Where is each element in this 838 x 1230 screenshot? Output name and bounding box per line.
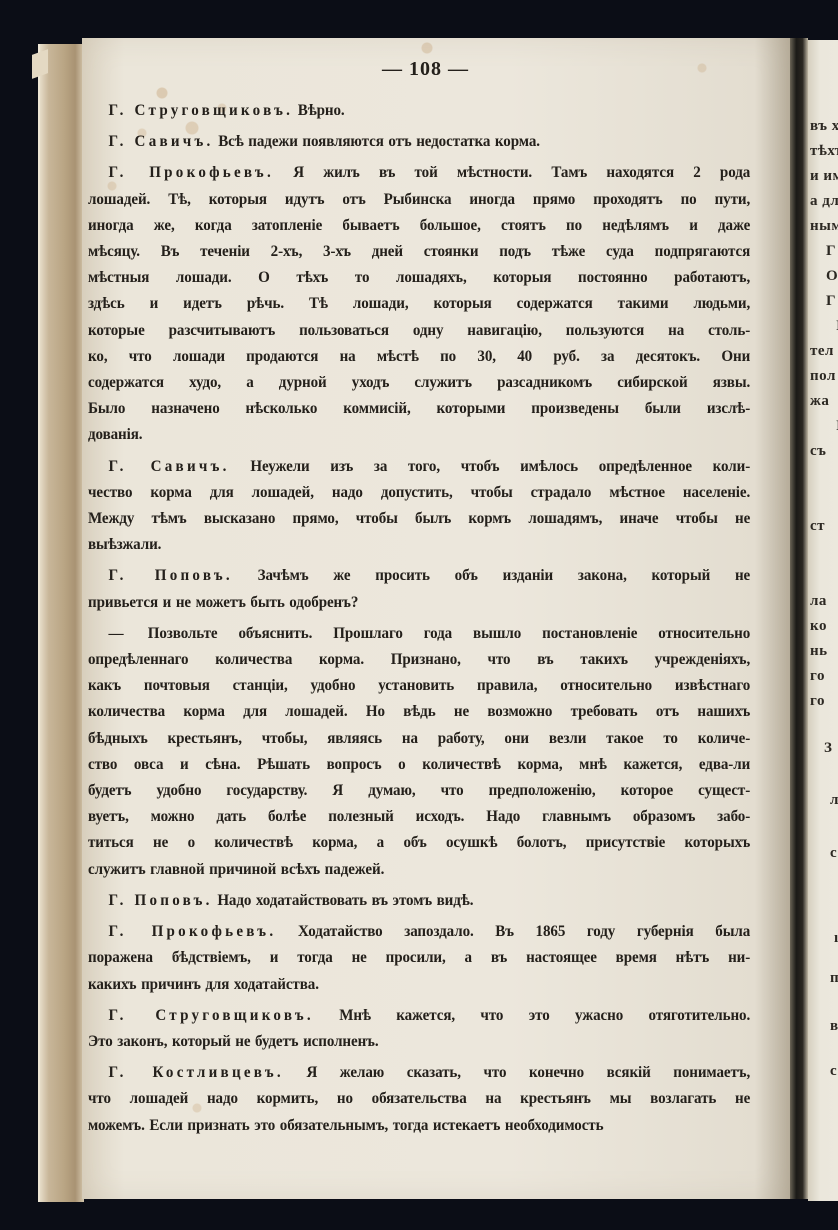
line-text: лошадей. Тѣ, которыя идутъ отъ Рыбинска … — [88, 190, 750, 208]
adjacent-page-fragment: тел — [810, 343, 834, 360]
text-line: лошадей. Тѣ, которыя идутъ отъ Рыбинска … — [88, 186, 750, 212]
text-line: ко, что лошади продаются на мѣстѣ по 30,… — [88, 343, 750, 369]
text-line: дованія. — [88, 421, 750, 447]
adjacent-page-fragment: с — [830, 1063, 837, 1080]
adjacent-page-fragment: Г — [826, 243, 836, 260]
line-text: Я желаю сказать, что конечно всякій пони… — [306, 1063, 750, 1081]
text-line: вуетъ, можно дать болѣе полезный исходъ.… — [88, 803, 750, 829]
text-line: Г. Поповъ. Надо ходатайствовать въ этомъ… — [88, 887, 750, 913]
text-line: что лошадей надо кормить, но обязательст… — [88, 1085, 750, 1111]
speech-paragraph: Г. Савичъ. Всѣ падежи появляются отъ нед… — [88, 128, 750, 154]
transcript-body: Г. Струговщиковъ. Вѣрно.Г. Савичъ. Всѣ п… — [88, 97, 748, 1138]
line-text: здѣсь и идетъ рѣчь. Тѣ лошади, которыя с… — [88, 294, 750, 312]
speaker-name: Г. Костливцевъ. — [108, 1063, 283, 1081]
book-gutter — [790, 38, 808, 1199]
line-text: Я жилъ въ той мѣстности. Тамъ находятся … — [293, 163, 750, 181]
adjacent-page-fragment: ко — [810, 618, 827, 635]
line-text: бѣдныхъ крестьянъ, чтобы, являясь на раб… — [88, 729, 750, 747]
text-line: количества корма для лошадей. Но вѣдь не… — [88, 698, 750, 724]
adjacent-page-fragment: с — [830, 845, 837, 862]
text-line: привьется и не можетъ быть одобренъ? — [88, 589, 750, 615]
line-text: будетъ удобно государству. Я думаю, что … — [88, 781, 750, 799]
text-line: иногда же, когда затопленіе бываетъ боль… — [88, 212, 750, 238]
speech-paragraph: Г. Струговщиковъ. Вѣрно. — [88, 97, 750, 123]
line-text: Между тѣмъ высказано прямо, чтобы былъ к… — [88, 509, 750, 527]
text-line: Г. Савичъ. Всѣ падежи появляются отъ нед… — [88, 128, 750, 154]
text-line: здѣсь и идетъ рѣчь. Тѣ лошади, которыя с… — [88, 290, 750, 316]
speaker-name: Г. Прокофьевъ. — [108, 922, 276, 940]
line-text: Мнѣ кажется, что это ужасно отяготительн… — [339, 1006, 750, 1024]
line-text: какъ почтовыя станціи, удобно установить… — [88, 676, 750, 694]
line-text: Вѣрно. — [298, 101, 345, 119]
adjacent-page-fragment: го — [810, 693, 825, 710]
speech-paragraph: Г. Костливцевъ. Я желаю сказать, что кон… — [88, 1059, 750, 1138]
book-fore-edge — [38, 44, 84, 1202]
adjacent-page-fragment: а дл — [810, 193, 838, 210]
line-text: привьется и не можетъ быть одобренъ? — [88, 593, 358, 611]
speaker-name: Г. Савичъ. — [108, 132, 213, 150]
line-text: выѣзжали. — [88, 535, 161, 553]
text-line: опредѣленнаго количества корма. Признано… — [88, 646, 750, 672]
adjacent-page-fragment: л — [830, 792, 838, 809]
page-text-block: — 108 — Г. Струговщиковъ. Вѣрно.Г. Савич… — [88, 58, 748, 1143]
text-line: содержатся худо, а дурной уходъ служитъ … — [88, 369, 750, 395]
line-text: Надо ходатайствовать въ этомъ видѣ. — [217, 891, 473, 909]
line-text: которые разсчитываютъ пользоваться одну … — [88, 321, 750, 339]
speech-paragraph: — Позвольте объяснить. Прошлаго года выш… — [88, 620, 750, 882]
adjacent-page-fragment: ı — [834, 930, 838, 947]
speech-paragraph: Г. Прокофьевъ. Ходатайство запоздало. Въ… — [88, 918, 750, 997]
adjacent-page-fragment: тѣхъ — [810, 143, 838, 160]
speaker-name: Г. Поповъ. — [108, 891, 212, 909]
page-number: — 108 — — [98, 58, 748, 81]
line-text: ко, что лошади продаются на мѣстѣ по 30,… — [88, 347, 750, 365]
book-scan: въ хтѣхъи има длнымГОГІтелполжаІсъстлако… — [0, 0, 838, 1230]
line-text: содержатся худо, а дурной уходъ служитъ … — [88, 373, 750, 391]
line-text: Зачѣмъ же просить объ изданіи закона, ко… — [258, 566, 751, 584]
text-line: можемъ. Если признать это обязательнымъ,… — [88, 1112, 750, 1138]
adjacent-page-fragment: го — [810, 668, 825, 685]
line-text: Позвольте объяснить. Прошлаго года вышло… — [148, 624, 750, 642]
adjacent-page-fragment: п — [830, 970, 838, 987]
text-line: поражена бѣдствіемъ, и тогда не просили,… — [88, 944, 750, 970]
line-text: вуетъ, можно дать болѣе полезный исходъ.… — [88, 807, 750, 825]
text-line: Между тѣмъ высказано прямо, чтобы былъ к… — [88, 505, 750, 531]
line-text: Это законъ, который не будетъ исполненъ. — [88, 1032, 379, 1050]
text-line: ство овса и сѣна. Рѣшать вопросъ о колич… — [88, 751, 750, 777]
adjacent-page-fragment: ла — [810, 593, 827, 610]
adjacent-page-fragment: въ х — [810, 118, 838, 135]
line-text: Ходатайство запоздало. Въ 1865 году губе… — [298, 922, 750, 940]
text-line: Г. Струговщиковъ. Мнѣ кажется, что это у… — [88, 1002, 750, 1028]
adjacent-page-fragment: и им — [810, 168, 838, 185]
line-text: мѣсяцу. Въ теченіи 2-хъ, 3-хъ дней стоян… — [88, 242, 750, 260]
text-line: какъ почтовыя станціи, удобно установить… — [88, 672, 750, 698]
adjacent-page-fragment: ст — [810, 518, 825, 535]
speech-paragraph: Г. Савичъ. Неужели изъ за того, чтобъ им… — [88, 453, 750, 558]
text-line: Г. Струговщиковъ. Вѣрно. — [88, 97, 750, 123]
adjacent-page-fragment: ным — [810, 218, 838, 235]
text-line: бѣдныхъ крестьянъ, чтобы, являясь на раб… — [88, 725, 750, 751]
adjacent-page-fragment: съ — [810, 443, 826, 460]
line-text: титься не о количествѣ корма, а объ осуш… — [88, 833, 750, 851]
speech-paragraph: Г. Поповъ. Надо ходатайствовать въ этомъ… — [88, 887, 750, 913]
adjacent-page-fragment: Г — [826, 293, 836, 310]
adjacent-page-fragment: нь — [810, 643, 828, 660]
adjacent-page-fragment: О — [826, 268, 838, 285]
adjacent-page-fragment: жа — [810, 393, 829, 410]
speaker-name: Г. Струговщиковъ. — [108, 1006, 313, 1024]
line-text: Было назначено нѣсколько коммисій, котор… — [88, 399, 750, 417]
line-text: количества корма для лошадей. Но вѣдь не… — [88, 702, 750, 720]
text-line: какихъ причинъ для ходатайства. — [88, 971, 750, 997]
line-text: Неужели изъ за того, чтобъ имѣлось опред… — [250, 457, 750, 475]
text-line: служитъ главной причиной всѣхъ падежей. — [88, 856, 750, 882]
line-text: Всѣ падежи появляются отъ недостатка кор… — [218, 132, 540, 150]
adjacent-page-edge: въ хтѣхъи има длнымГОГІтелполжаІсъстлако… — [808, 40, 838, 1201]
text-line: будетъ удобно государству. Я думаю, что … — [88, 777, 750, 803]
adjacent-page-fragment: в — [830, 1018, 838, 1035]
line-text: какихъ причинъ для ходатайства. — [88, 975, 319, 993]
text-line: — Позвольте объяснить. Прошлаго года выш… — [88, 620, 750, 646]
text-line: Г. Поповъ. Зачѣмъ же просить объ изданіи… — [88, 562, 750, 588]
text-line: титься не о количествѣ корма, а объ осуш… — [88, 829, 750, 855]
line-text: мѣстныя лошади. О тѣхъ то лошадяхъ, кото… — [88, 268, 750, 286]
speaker-name: — — [108, 624, 126, 642]
speaker-name: Г. Поповъ. — [108, 566, 232, 584]
text-line: Было назначено нѣсколько коммисій, котор… — [88, 395, 750, 421]
text-line: которые разсчитываютъ пользоваться одну … — [88, 317, 750, 343]
line-text: опредѣленнаго количества корма. Признано… — [88, 650, 750, 668]
text-line: Г. Костливцевъ. Я желаю сказать, что кон… — [88, 1059, 750, 1085]
adjacent-page-fragment: пол — [810, 368, 836, 385]
line-text: ство овса и сѣна. Рѣшать вопросъ о колич… — [88, 755, 750, 773]
adjacent-page-fragment: З — [824, 740, 832, 757]
line-text: поражена бѣдствіемъ, и тогда не просили,… — [88, 948, 750, 966]
speaker-name: Г. Струговщиковъ. — [108, 101, 293, 119]
line-text: можемъ. Если признать это обязательнымъ,… — [88, 1116, 603, 1134]
speaker-name: Г. Савичъ. — [108, 457, 229, 475]
text-line: чество корма для лошадей, надо допустить… — [88, 479, 750, 505]
speech-paragraph: Г. Поповъ. Зачѣмъ же просить объ изданіи… — [88, 562, 750, 614]
text-line: Это законъ, который не будетъ исполненъ. — [88, 1028, 750, 1054]
text-line: Г. Савичъ. Неужели изъ за того, чтобъ им… — [88, 453, 750, 479]
line-text: что лошадей надо кормить, но обязательст… — [88, 1089, 750, 1107]
line-text: дованія. — [88, 425, 142, 443]
speaker-name: Г. Прокофьевъ. — [108, 163, 274, 181]
line-text: служитъ главной причиной всѣхъ падежей. — [88, 860, 384, 878]
text-line: мѣсяцу. Въ теченіи 2-хъ, 3-хъ дней стоян… — [88, 238, 750, 264]
text-line: Г. Прокофьевъ. Ходатайство запоздало. Въ… — [88, 918, 750, 944]
text-line: выѣзжали. — [88, 531, 750, 557]
line-text: чество корма для лошадей, надо допустить… — [88, 483, 750, 501]
text-line: Г. Прокофьевъ. Я жилъ въ той мѣстности. … — [88, 159, 750, 185]
speech-paragraph: Г. Струговщиковъ. Мнѣ кажется, что это у… — [88, 1002, 750, 1054]
line-text: иногда же, когда затопленіе бываетъ боль… — [88, 216, 750, 234]
text-line: мѣстныя лошади. О тѣхъ то лошадяхъ, кото… — [88, 264, 750, 290]
speech-paragraph: Г. Прокофьевъ. Я жилъ въ той мѣстности. … — [88, 159, 750, 447]
